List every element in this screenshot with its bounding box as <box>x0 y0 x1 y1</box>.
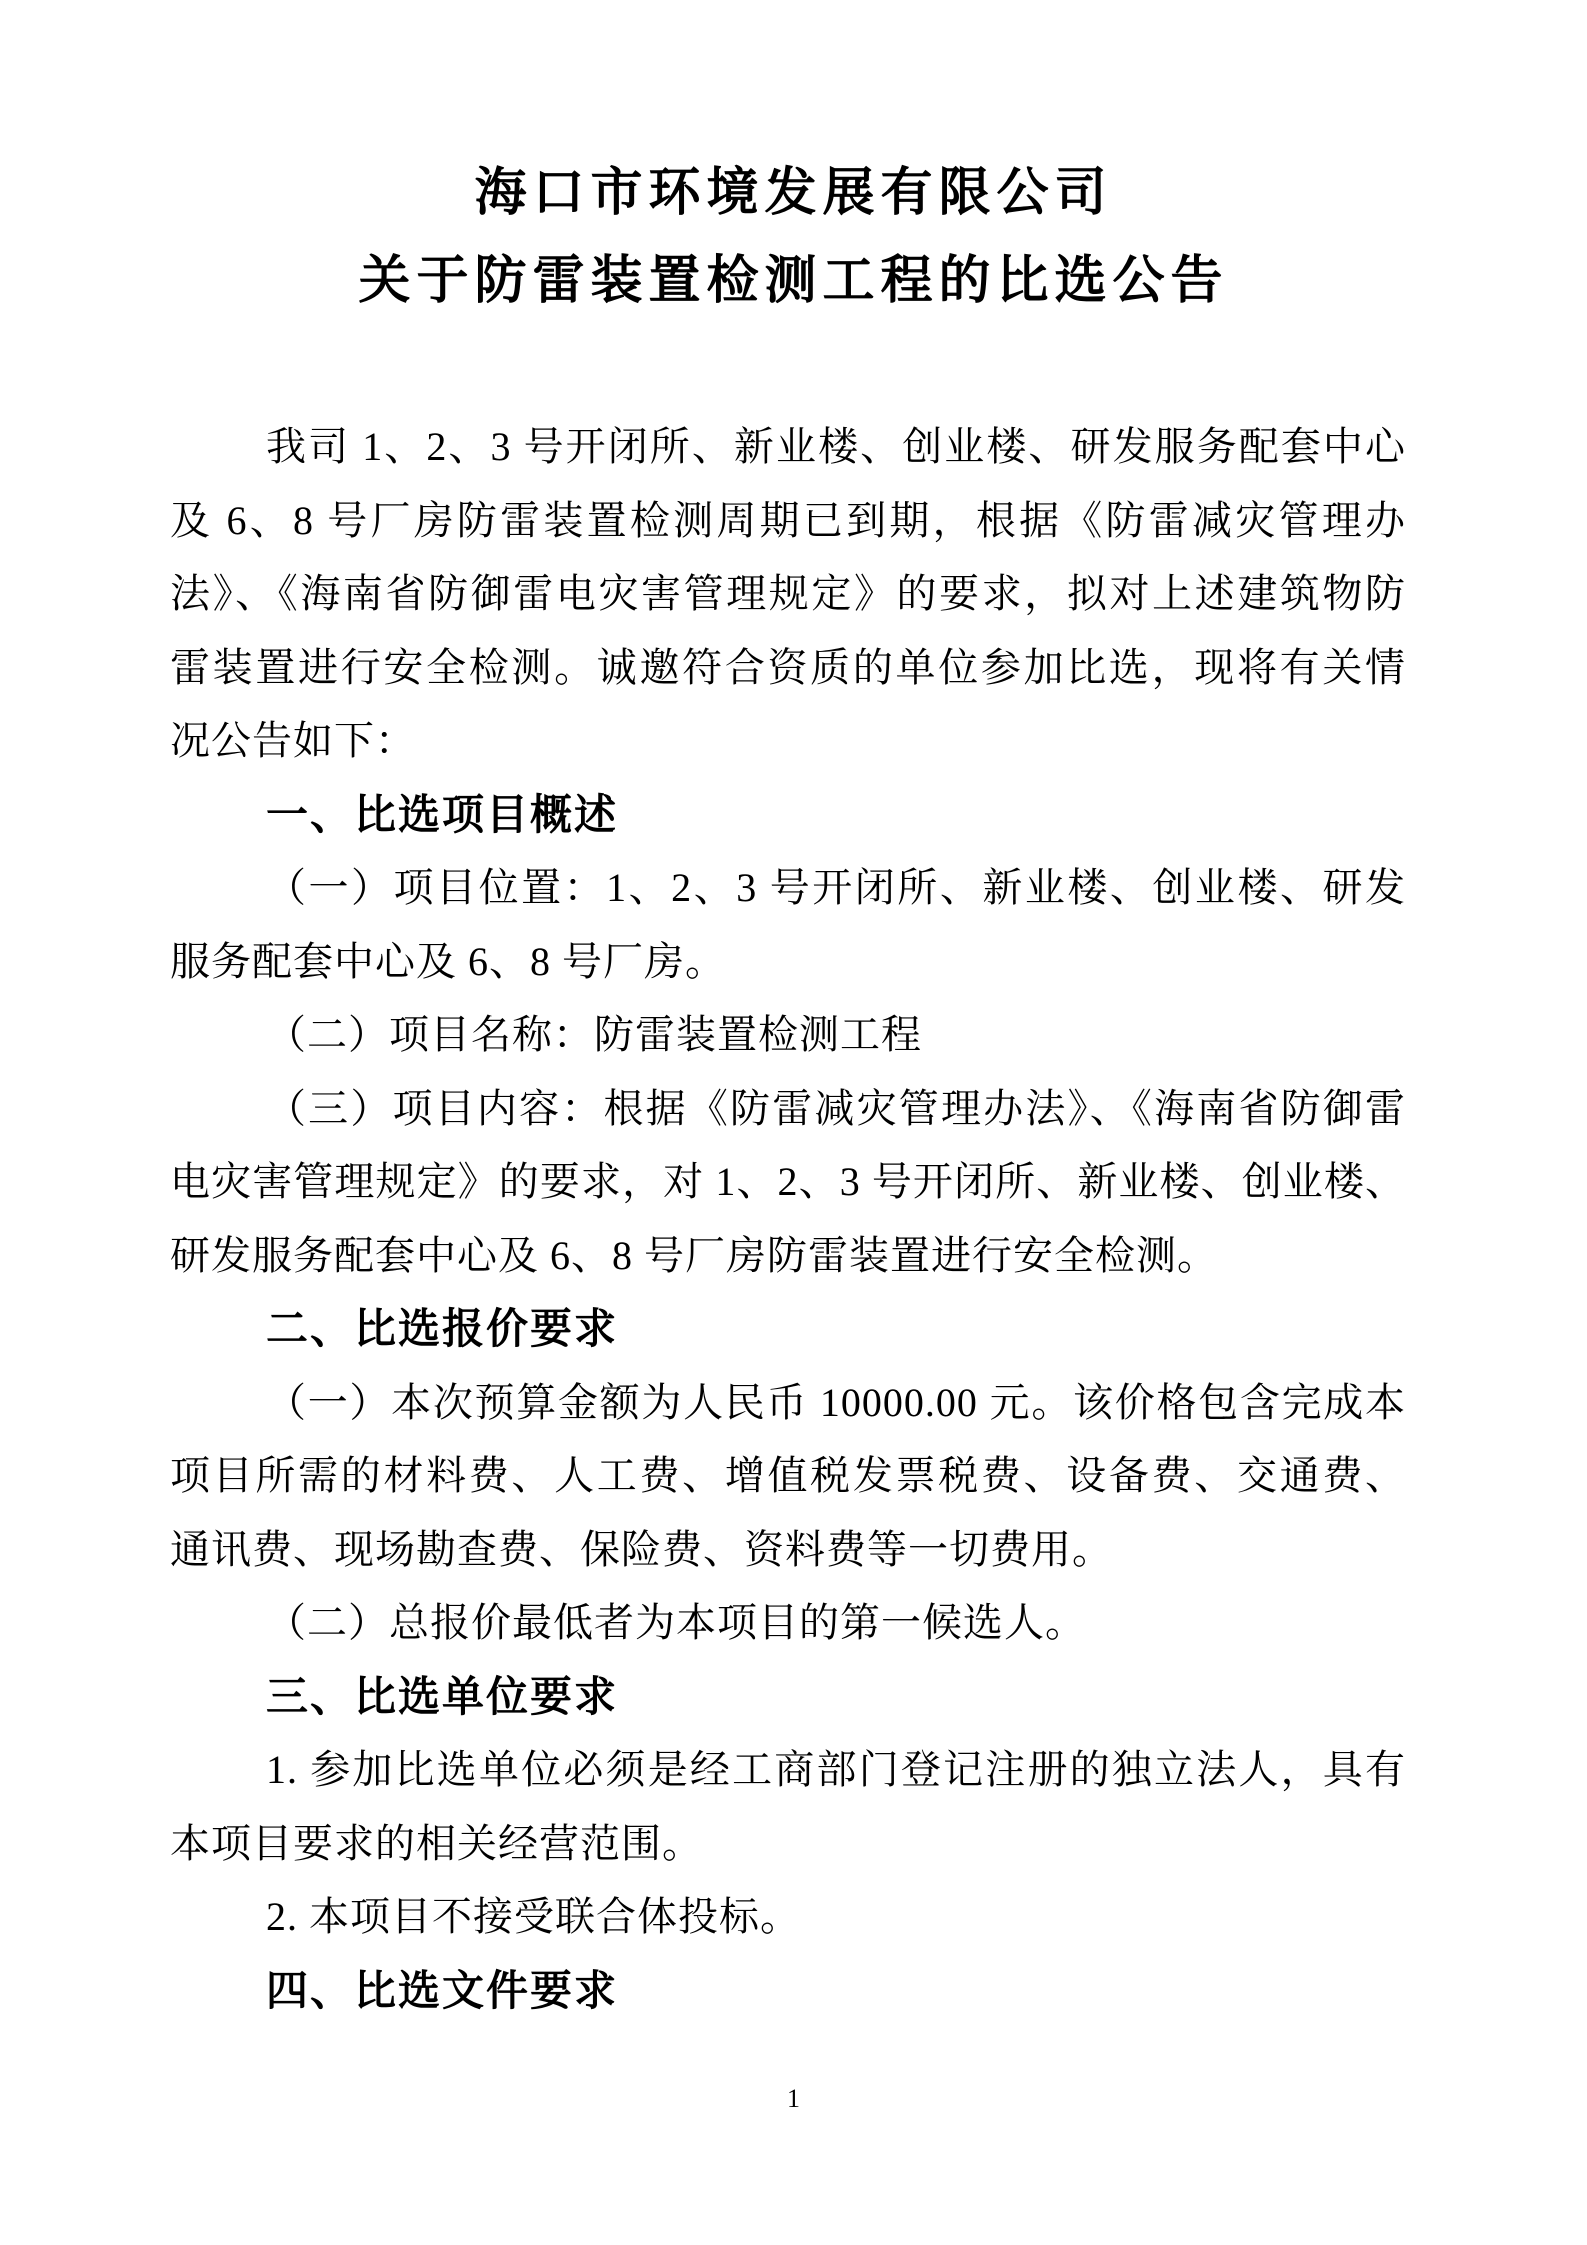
body-line: 电灾害管理规定》的要求，对 1、2、3 号开闭所、新业楼、创业楼、 <box>170 1145 1406 1219</box>
body-line: 我司 1、2、3 号开闭所、新业楼、创业楼、研发服务配套中心 <box>170 410 1406 484</box>
body-line: 服务配套中心及 6、8 号厂房。 <box>170 925 1406 999</box>
body-line: 项目所需的材料费、人工费、增值税发票税费、设备费、交通费、 <box>170 1439 1406 1513</box>
body-line: 1. 参加比选单位必须是经工商部门登记注册的独立法人，具有 <box>170 1733 1406 1807</box>
doc-title-line-2: 关于防雷装置检测工程的比选公告 <box>0 238 1587 326</box>
body-line: 及 6、8 号厂房防雷装置检测周期已到期，根据《防雷减灾管理办 <box>170 484 1406 558</box>
page-number: 1 <box>0 2084 1587 2114</box>
section-heading-bidder: 三、比选单位要求 <box>170 1660 1406 1734</box>
body-line: （三）项目内容：根据《防雷减灾管理办法》、《海南省防御雷 <box>170 1072 1406 1146</box>
body-line: （二）总报价最低者为本项目的第一候选人。 <box>170 1586 1406 1660</box>
body-line: 通讯费、现场勘查费、保险费、资料费等一切费用。 <box>170 1513 1406 1587</box>
body-line: 研发服务配套中心及 6、8 号厂房防雷装置进行安全检测。 <box>170 1219 1406 1293</box>
section-heading-quotation: 二、比选报价要求 <box>170 1292 1406 1366</box>
doc-title-line-1: 海口市环境发展有限公司 <box>0 150 1587 238</box>
doc-title: 海口市环境发展有限公司 关于防雷装置检测工程的比选公告 <box>0 150 1587 326</box>
doc-body: 我司 1、2、3 号开闭所、新业楼、创业楼、研发服务配套中心 及 6、8 号厂房… <box>170 410 1406 2027</box>
section-heading-overview: 一、比选项目概述 <box>170 778 1406 852</box>
body-line: （二）项目名称：防雷装置检测工程 <box>170 998 1406 1072</box>
body-line: 本项目要求的相关经营范围。 <box>170 1807 1406 1881</box>
body-line: 雷装置进行安全检测。诚邀符合资质的单位参加比选，现将有关情 <box>170 631 1406 705</box>
body-line: （一）本次预算金额为人民币 10000.00 元。该价格包含完成本 <box>170 1366 1406 1440</box>
body-line: （一）项目位置：1、2、3 号开闭所、新业楼、创业楼、研发 <box>170 851 1406 925</box>
body-line: 2. 本项目不接受联合体投标。 <box>170 1880 1406 1954</box>
document-page: 海口市环境发展有限公司 关于防雷装置检测工程的比选公告 我司 1、2、3 号开闭… <box>0 0 1587 2245</box>
section-heading-documents: 四、比选文件要求 <box>170 1954 1406 2028</box>
body-line: 况公告如下： <box>170 704 1406 778</box>
body-line: 法》、《海南省防御雷电灾害管理规定》的要求，拟对上述建筑物防 <box>170 557 1406 631</box>
